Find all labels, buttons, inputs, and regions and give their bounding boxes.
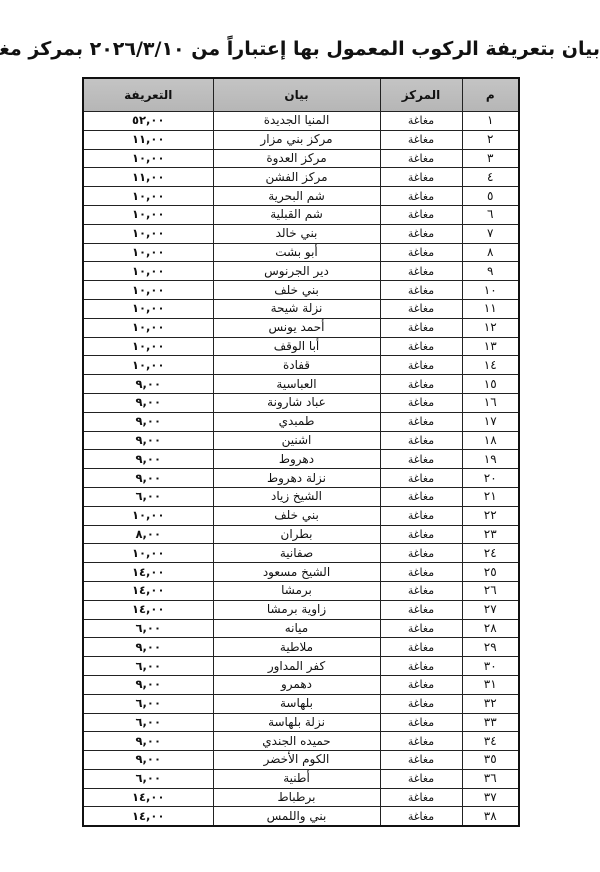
table-row: ٥مغاغةشم البحرية١٠,٠٠ — [83, 187, 519, 206]
row-center: مغاغة — [380, 375, 462, 394]
table-row: ٢٣مغاغةبطران٨,٠٠ — [83, 525, 519, 544]
row-number: ٣٦ — [462, 769, 519, 788]
row-center: مغاغة — [380, 657, 462, 676]
table-row: ١٤مغاغةقفادة١٠,٠٠ — [83, 356, 519, 375]
row-description: بني واللمس — [213, 807, 380, 826]
row-description: الشيخ مسعود — [213, 563, 380, 582]
table-row: ١٦مغاغةعباد شارونة٩,٠٠ — [83, 393, 519, 412]
row-center: مغاغة — [380, 450, 462, 469]
row-fare: ٦,٠٠ — [83, 713, 213, 732]
row-description: الشيخ زياد — [213, 487, 380, 506]
header-num: م — [462, 78, 519, 112]
row-number: ٥ — [462, 187, 519, 206]
row-fare: ١٠,٠٠ — [83, 506, 213, 525]
table-row: ٢٦مغاغةبرمشا١٤,٠٠ — [83, 581, 519, 600]
table-row: ٢مغاغةمركز بني مزار١١,٠٠ — [83, 130, 519, 149]
row-number: ٢٤ — [462, 544, 519, 563]
row-number: ٢٠ — [462, 469, 519, 488]
row-center: مغاغة — [380, 356, 462, 375]
row-center: مغاغة — [380, 525, 462, 544]
row-center: مغاغة — [380, 563, 462, 582]
table-row: ٢٢مغاغةبني خلف١٠,٠٠ — [83, 506, 519, 525]
row-center: مغاغة — [380, 205, 462, 224]
table-row: ١٥مغاغةالعباسية٩,٠٠ — [83, 375, 519, 394]
table-row: ١٢مغاغةأحمد يونس١٠,٠٠ — [83, 318, 519, 337]
row-description: بلهاسة — [213, 694, 380, 713]
row-center: مغاغة — [380, 769, 462, 788]
row-number: ٢٢ — [462, 506, 519, 525]
row-number: ١٠ — [462, 281, 519, 300]
table-row: ٣٥مغاغةالكوم الأخضر٩,٠٠ — [83, 751, 519, 770]
row-number: ١٢ — [462, 318, 519, 337]
row-fare: ٩,٠٠ — [83, 469, 213, 488]
row-center: مغاغة — [380, 506, 462, 525]
row-number: ٢٧ — [462, 600, 519, 619]
row-description: كفر المداور — [213, 657, 380, 676]
row-description: أحمد يونس — [213, 318, 380, 337]
page-title: بيان بتعريفة الركوب المعمول بها إعتباراً… — [0, 38, 600, 60]
table-row: ٤مغاغةمركز الفشن١١,٠٠ — [83, 168, 519, 187]
row-description: صفانية — [213, 544, 380, 563]
row-number: ١٧ — [462, 412, 519, 431]
table-row: ٨مغاغةأبو بشت١٠,٠٠ — [83, 243, 519, 262]
row-number: ٤ — [462, 168, 519, 187]
row-fare: ٩,٠٠ — [83, 751, 213, 770]
row-center: مغاغة — [380, 581, 462, 600]
row-fare: ١٠,٠٠ — [83, 544, 213, 563]
row-fare: ٦,٠٠ — [83, 694, 213, 713]
row-number: ١٥ — [462, 375, 519, 394]
row-description: بني خلف — [213, 506, 380, 525]
row-number: ٢٣ — [462, 525, 519, 544]
row-fare: ٩,٠٠ — [83, 638, 213, 657]
row-number: ٢٥ — [462, 563, 519, 582]
row-description: المنيا الجديدة — [213, 112, 380, 131]
row-center: مغاغة — [380, 619, 462, 638]
row-description: دهروط — [213, 450, 380, 469]
row-center: مغاغة — [380, 412, 462, 431]
row-fare: ٦,٠٠ — [83, 487, 213, 506]
row-center: مغاغة — [380, 149, 462, 168]
row-fare: ٥٢,٠٠ — [83, 112, 213, 131]
row-fare: ١٠,٠٠ — [83, 281, 213, 300]
row-fare: ١١,٠٠ — [83, 168, 213, 187]
table-row: ٢٤مغاغةصفانية١٠,٠٠ — [83, 544, 519, 563]
row-center: مغاغة — [380, 262, 462, 281]
fare-table-container: م المركز بيان التعريفة ١مغاغةالمنيا الجد… — [84, 77, 520, 827]
row-description: نزلة شيحة — [213, 299, 380, 318]
header-row: م المركز بيان التعريفة — [83, 78, 519, 112]
row-fare: ١٤,٠٠ — [83, 581, 213, 600]
row-number: ٦ — [462, 205, 519, 224]
table-row: ٣مغاغةمركز العدوة١٠,٠٠ — [83, 149, 519, 168]
row-number: ٣٧ — [462, 788, 519, 807]
table-row: ٣٨مغاغةبني واللمس١٤,٠٠ — [83, 807, 519, 826]
row-description: نزلة دهروط — [213, 469, 380, 488]
table-row: ٩مغاغةدير الجرنوس١٠,٠٠ — [83, 262, 519, 281]
row-center: مغاغة — [380, 544, 462, 563]
row-fare: ١١,٠٠ — [83, 130, 213, 149]
row-description: بني خالد — [213, 224, 380, 243]
table-row: ١٣مغاغةأبا الوقف١٠,٠٠ — [83, 337, 519, 356]
row-number: ٣٠ — [462, 657, 519, 676]
row-fare: ٩,٠٠ — [83, 431, 213, 450]
table-row: ٢٩مغاغةملاطية٩,٠٠ — [83, 638, 519, 657]
row-fare: ١٠,٠٠ — [83, 318, 213, 337]
row-center: مغاغة — [380, 112, 462, 131]
row-number: ١٤ — [462, 356, 519, 375]
row-description: العباسية — [213, 375, 380, 394]
table-row: ٣٤مغاغةحميده الجندي٩,٠٠ — [83, 732, 519, 751]
header-description: بيان — [213, 78, 380, 112]
header-center: المركز — [380, 78, 462, 112]
row-fare: ١٠,٠٠ — [83, 224, 213, 243]
table-row: ٢٧مغاغةزاوية برمشا١٤,٠٠ — [83, 600, 519, 619]
row-center: مغاغة — [380, 751, 462, 770]
table-row: ٢٨مغاغةميانه٦,٠٠ — [83, 619, 519, 638]
table-row: ٣٣مغاغةنزلة بلهاسة٦,٠٠ — [83, 713, 519, 732]
table-header: م المركز بيان التعريفة — [83, 78, 519, 112]
row-description: شم البحرية — [213, 187, 380, 206]
row-fare: ١٤,٠٠ — [83, 788, 213, 807]
row-description: شم القبلية — [213, 205, 380, 224]
row-description: قفادة — [213, 356, 380, 375]
row-fare: ١٠,٠٠ — [83, 356, 213, 375]
table-row: ٧مغاغةبني خالد١٠,٠٠ — [83, 224, 519, 243]
row-fare: ٩,٠٠ — [83, 375, 213, 394]
row-center: مغاغة — [380, 318, 462, 337]
row-number: ١٩ — [462, 450, 519, 469]
table-row: ٣٧مغاغةبرطباط١٤,٠٠ — [83, 788, 519, 807]
table-row: ١٠مغاغةبني خلف١٠,٠٠ — [83, 281, 519, 300]
row-fare: ٦,٠٠ — [83, 657, 213, 676]
row-fare: ٨,٠٠ — [83, 525, 213, 544]
row-description: برمشا — [213, 581, 380, 600]
row-number: ٣١ — [462, 675, 519, 694]
row-number: ٣ — [462, 149, 519, 168]
table-row: ١٧مغاغةطمبدي٩,٠٠ — [83, 412, 519, 431]
table-row: ٣١مغاغةدهمرو٩,٠٠ — [83, 675, 519, 694]
row-center: مغاغة — [380, 243, 462, 262]
table-body: ١مغاغةالمنيا الجديدة٥٢,٠٠٢مغاغةمركز بني … — [83, 112, 519, 827]
row-number: ٢٦ — [462, 581, 519, 600]
row-number: ١٦ — [462, 393, 519, 412]
row-description: نزلة بلهاسة — [213, 713, 380, 732]
table-row: ١٩مغاغةدهروط٩,٠٠ — [83, 450, 519, 469]
row-center: مغاغة — [380, 675, 462, 694]
row-description: أطنية — [213, 769, 380, 788]
row-fare: ١٤,٠٠ — [83, 807, 213, 826]
row-fare: ١٤,٠٠ — [83, 600, 213, 619]
row-number: ٢٨ — [462, 619, 519, 638]
table-row: ٢٥مغاغةالشيخ مسعود١٤,٠٠ — [83, 563, 519, 582]
table-row: ١مغاغةالمنيا الجديدة٥٢,٠٠ — [83, 112, 519, 131]
table-row: ١٨مغاغةاشنين٩,٠٠ — [83, 431, 519, 450]
row-description: بني خلف — [213, 281, 380, 300]
row-number: ٢ — [462, 130, 519, 149]
row-center: مغاغة — [380, 469, 462, 488]
fare-table: م المركز بيان التعريفة ١مغاغةالمنيا الجد… — [82, 77, 520, 827]
row-center: مغاغة — [380, 281, 462, 300]
row-number: ٣٢ — [462, 694, 519, 713]
row-center: مغاغة — [380, 431, 462, 450]
row-number: ٧ — [462, 224, 519, 243]
row-center: مغاغة — [380, 337, 462, 356]
table-row: ٣٦مغاغةأطنية٦,٠٠ — [83, 769, 519, 788]
row-center: مغاغة — [380, 732, 462, 751]
row-description: بطران — [213, 525, 380, 544]
row-number: ١٨ — [462, 431, 519, 450]
row-number: ٨ — [462, 243, 519, 262]
row-fare: ١٤,٠٠ — [83, 563, 213, 582]
row-center: مغاغة — [380, 788, 462, 807]
row-description: برطباط — [213, 788, 380, 807]
row-number: ٣٣ — [462, 713, 519, 732]
row-description: اشنين — [213, 431, 380, 450]
row-center: مغاغة — [380, 168, 462, 187]
row-description: حميده الجندي — [213, 732, 380, 751]
table-row: ٦مغاغةشم القبلية١٠,٠٠ — [83, 205, 519, 224]
row-number: ١٣ — [462, 337, 519, 356]
row-description: زاوية برمشا — [213, 600, 380, 619]
row-fare: ١٠,٠٠ — [83, 205, 213, 224]
row-fare: ١٠,٠٠ — [83, 149, 213, 168]
row-fare: ٦,٠٠ — [83, 769, 213, 788]
table-row: ٣٢مغاغةبلهاسة٦,٠٠ — [83, 694, 519, 713]
row-description: مركز الفشن — [213, 168, 380, 187]
row-number: ٩ — [462, 262, 519, 281]
row-number: ١١ — [462, 299, 519, 318]
row-center: مغاغة — [380, 600, 462, 619]
table-row: ٣٠مغاغةكفر المداور٦,٠٠ — [83, 657, 519, 676]
row-number: ٢٩ — [462, 638, 519, 657]
row-description: مركز بني مزار — [213, 130, 380, 149]
row-center: مغاغة — [380, 638, 462, 657]
row-fare: ١٠,٠٠ — [83, 262, 213, 281]
row-description: عباد شارونة — [213, 393, 380, 412]
row-center: مغاغة — [380, 393, 462, 412]
row-description: مركز العدوة — [213, 149, 380, 168]
row-description: طمبدي — [213, 412, 380, 431]
row-description: دير الجرنوس — [213, 262, 380, 281]
row-description: دهمرو — [213, 675, 380, 694]
row-description: ميانه — [213, 619, 380, 638]
row-number: ٣٨ — [462, 807, 519, 826]
row-center: مغاغة — [380, 807, 462, 826]
row-number: ١ — [462, 112, 519, 131]
row-fare: ٩,٠٠ — [83, 393, 213, 412]
header-fare: التعريفة — [83, 78, 213, 112]
row-description: أبا الوقف — [213, 337, 380, 356]
table-row: ١١مغاغةنزلة شيحة١٠,٠٠ — [83, 299, 519, 318]
row-description: أبو بشت — [213, 243, 380, 262]
row-fare: ٩,٠٠ — [83, 732, 213, 751]
row-fare: ٩,٠٠ — [83, 412, 213, 431]
row-number: ٣٥ — [462, 751, 519, 770]
table-row: ٢٠مغاغةنزلة دهروط٩,٠٠ — [83, 469, 519, 488]
row-center: مغاغة — [380, 694, 462, 713]
row-fare: ٩,٠٠ — [83, 450, 213, 469]
row-fare: ١٠,٠٠ — [83, 187, 213, 206]
row-center: مغاغة — [380, 487, 462, 506]
row-number: ٣٤ — [462, 732, 519, 751]
row-fare: ١٠,٠٠ — [83, 299, 213, 318]
row-center: مغاغة — [380, 130, 462, 149]
row-fare: ٦,٠٠ — [83, 619, 213, 638]
row-description: ملاطية — [213, 638, 380, 657]
row-center: مغاغة — [380, 713, 462, 732]
row-fare: ٩,٠٠ — [83, 675, 213, 694]
table-row: ٢١مغاغةالشيخ زياد٦,٠٠ — [83, 487, 519, 506]
row-number: ٢١ — [462, 487, 519, 506]
row-fare: ١٠,٠٠ — [83, 243, 213, 262]
row-center: مغاغة — [380, 187, 462, 206]
row-description: الكوم الأخضر — [213, 751, 380, 770]
row-center: مغاغة — [380, 299, 462, 318]
row-center: مغاغة — [380, 224, 462, 243]
row-fare: ١٠,٠٠ — [83, 337, 213, 356]
